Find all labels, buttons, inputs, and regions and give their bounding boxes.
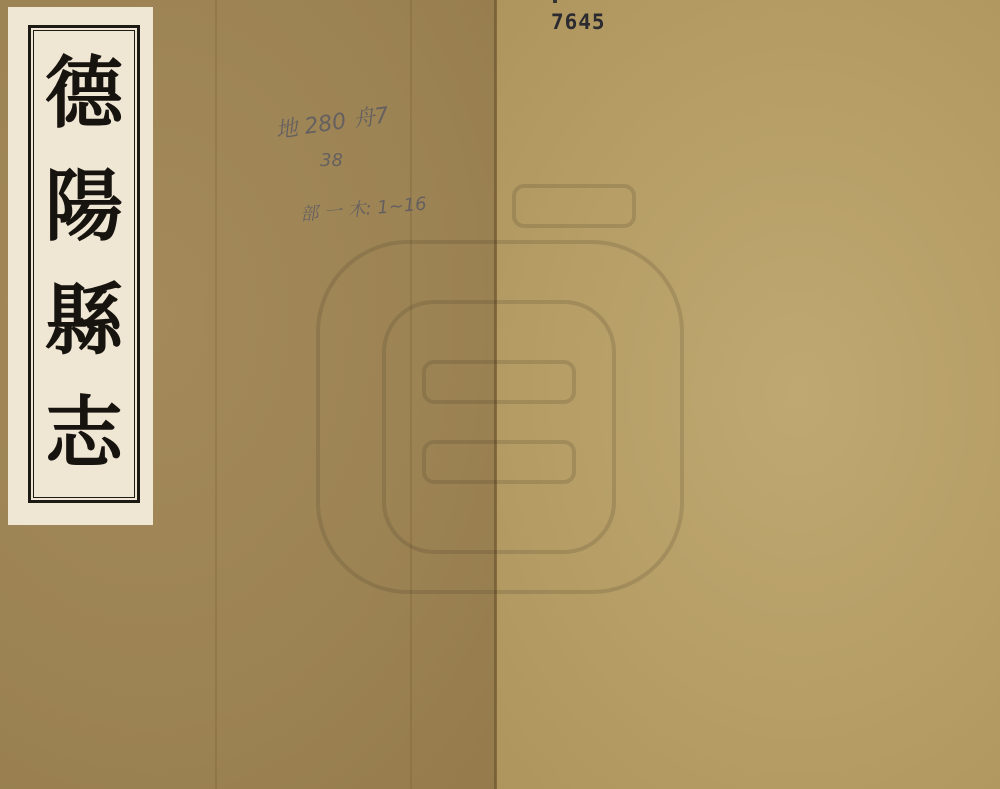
title-slip: 德 陽 縣 志 bbox=[8, 7, 153, 525]
title-character: 縣 bbox=[45, 282, 123, 360]
paper-crease bbox=[215, 0, 217, 789]
title-frame: 德 陽 縣 志 bbox=[28, 25, 140, 503]
title-character: 德 bbox=[45, 55, 123, 133]
library-seal-watermark bbox=[314, 182, 686, 608]
title-character: 陽 bbox=[45, 168, 123, 246]
title-character: 志 bbox=[45, 395, 123, 473]
ink-mark bbox=[553, 0, 557, 3]
catalog-number-stamp: 7645 bbox=[551, 10, 606, 34]
handwritten-number: 38 bbox=[320, 150, 343, 171]
